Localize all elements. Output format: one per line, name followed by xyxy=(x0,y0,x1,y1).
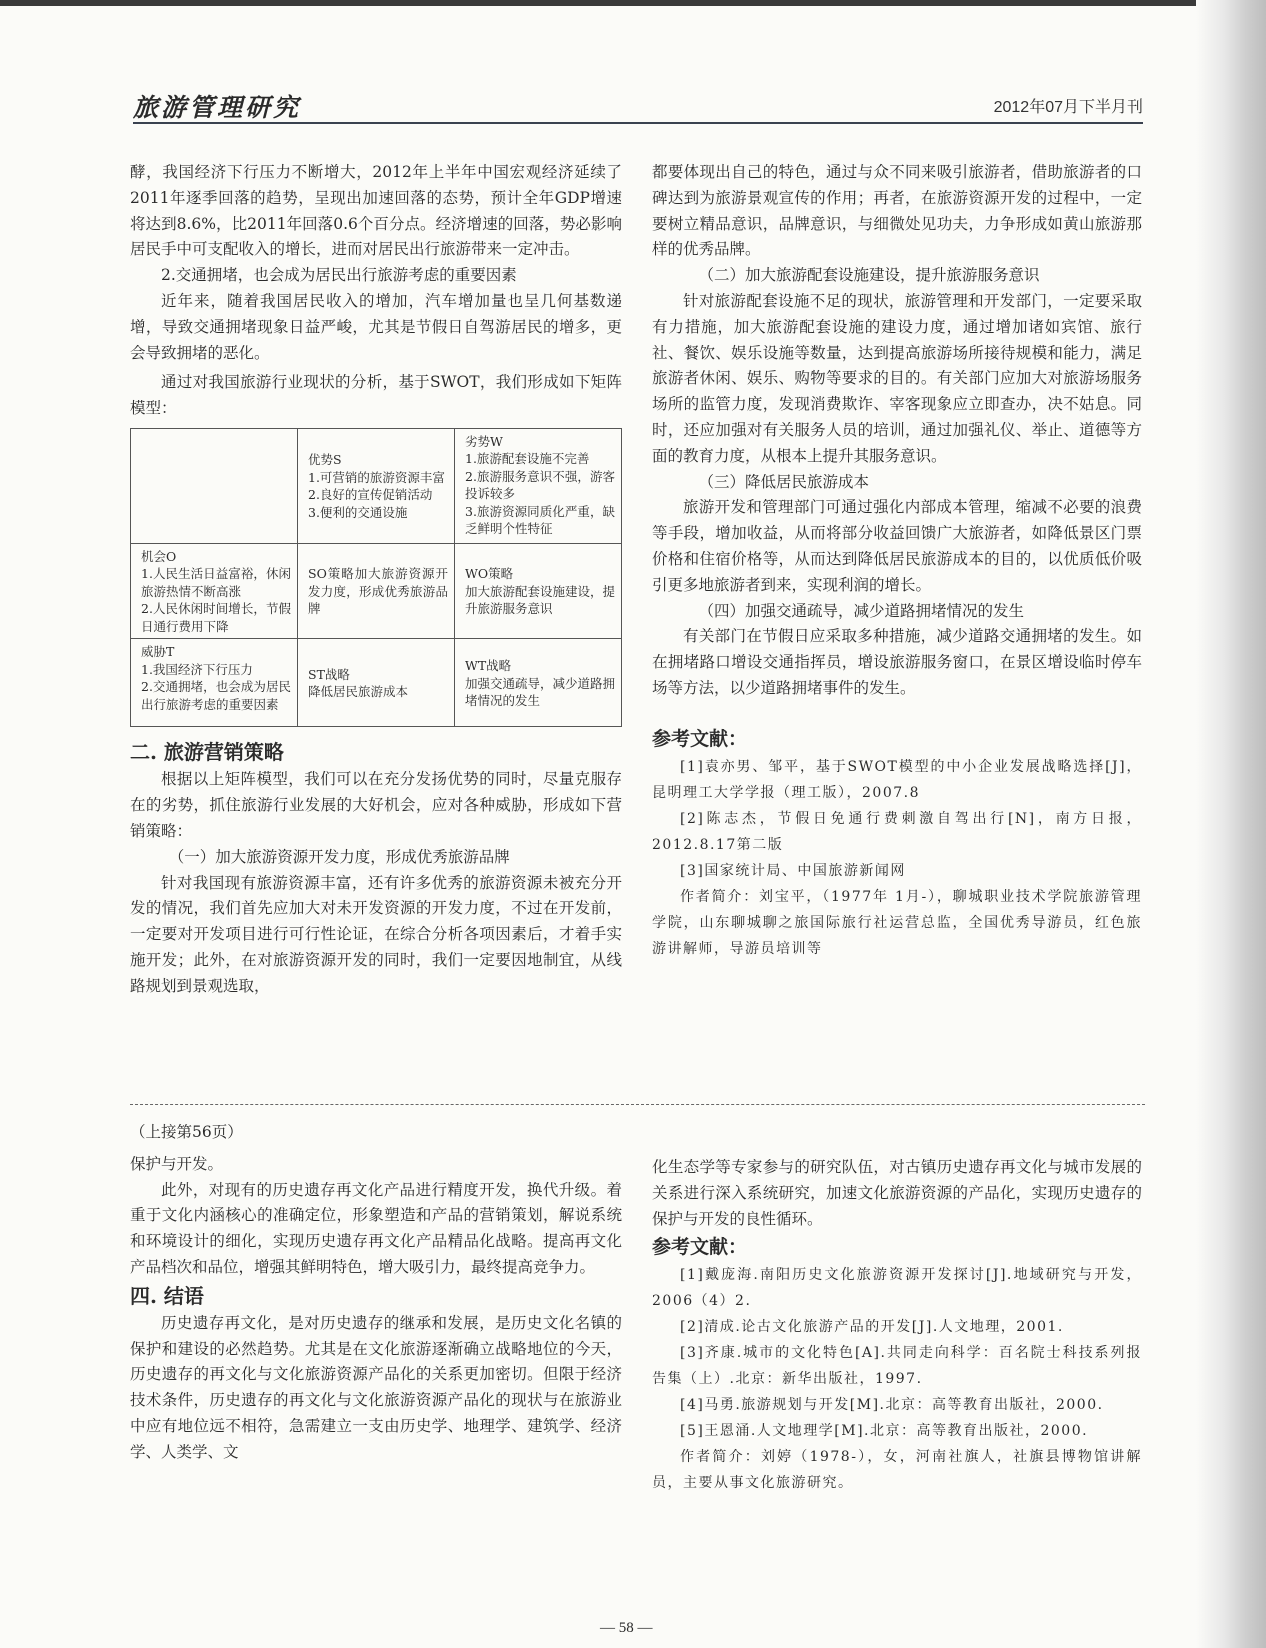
reference-item: [4]马勇.旅游规划与开发[M].北京：高等教育出版社，2000. xyxy=(652,1392,1142,1418)
author-bio: 作者简介：刘婷（1978-），女，河南社旗人，社旗县博物馆讲解员，主要从事文化旅… xyxy=(652,1444,1142,1496)
scan-top-edge xyxy=(0,0,1250,6)
author-bio: 作者简介：刘宝平，（1977年 1月-），聊城职业技术学院旅游管理学院，山东聊城… xyxy=(652,884,1142,962)
section-heading: 四. 结语 xyxy=(130,1281,622,1311)
running-header: 旅游管理研究 2012年07月下半月刊 xyxy=(133,88,1143,124)
paragraph: 历史遗存再文化，是对历史遗存的继承和发展，是历史文化名镇的保护和建设的必然趋势。… xyxy=(130,1311,622,1466)
page-number: — 58 — xyxy=(600,1620,653,1637)
section-divider xyxy=(130,1104,1145,1105)
subheading: 2.交通拥堵，也会成为居民出行旅游考虑的重要因素 xyxy=(130,263,622,289)
lower-left-column: （上接第56页） 保护与开发。 此外，对现有的历史遗存再文化产品进行精度开发，换… xyxy=(130,1120,622,1466)
paragraph: 有关部门在节假日应采取多种措施，减少道路交通拥堵的发生。如在拥堵路口增设交通指挥… xyxy=(652,624,1142,701)
subheading: （四）加强交通疏导，减少道路拥堵情况的发生 xyxy=(652,599,1142,625)
subheading: （一）加大旅游资源开发力度，形成优秀旅游品牌 xyxy=(130,845,622,871)
subheading: （二）加大旅游配套设施建设，提升旅游服务意识 xyxy=(652,263,1142,289)
table-cell-weaknesses: 劣势W 1.旅游配套设施不完善 2.旅游服务意识不强，游客投诉较多 3.旅游资源… xyxy=(455,428,622,543)
reference-item: [1]戴庞海.南阳历史文化旅游资源开发探讨[J].地域研究与开发，2006（4）… xyxy=(652,1262,1142,1314)
reference-item: [5]王恩涌.人文地理学[M].北京：高等教育出版社，2000. xyxy=(652,1418,1142,1444)
table-row: 优势S 1.可营销的旅游资源丰富 2.良好的宣传促销活动 3.便利的交通设施 劣… xyxy=(131,428,622,543)
section-heading: 二. 旅游营销策略 xyxy=(130,737,622,767)
table-cell-strengths: 优势S 1.可营销的旅游资源丰富 2.良好的宣传促销活动 3.便利的交通设施 xyxy=(298,428,455,543)
lower-right-column: 化生态学等专家参与的研究队伍，对古镇历史遗存再文化与城市发展的关系进行深入系统研… xyxy=(652,1155,1142,1496)
paragraph: 针对我国现有旅游资源丰富，还有许多优秀的旅游资源未被充分开发的情况，我们首先应加… xyxy=(130,871,622,1000)
upper-left-column: 酵，我国经济下行压力不断增大，2012年上半年中国宏观经济延续了2011年逐季回… xyxy=(130,160,622,1000)
references-heading: 参考文献： xyxy=(652,1232,1142,1262)
scan-binding-shadow xyxy=(1196,0,1266,1648)
table-row: 威胁T 1.我国经济下行压力 2.交通拥堵，也会成为居民出行旅游考虑的重要因素 … xyxy=(131,639,622,727)
paragraph: 通过对我国旅游行业现状的分析，基于SWOT，我们形成如下矩阵模型： xyxy=(130,370,622,422)
swot-matrix-table: 优势S 1.可营销的旅游资源丰富 2.良好的宣传促销活动 3.便利的交通设施 劣… xyxy=(130,428,622,728)
table-cell-empty xyxy=(131,428,298,543)
paragraph: 都要体现出自己的特色，通过与众不同来吸引旅游者，借助旅游者的口碑达到为旅游景观宣… xyxy=(652,160,1142,263)
reference-item: [2]陈志杰，节假日免通行费刺激自驾出行[N]，南方日报，2012.8.17第二… xyxy=(652,806,1142,858)
references-heading: 参考文献： xyxy=(652,724,1142,754)
paragraph: 化生态学等专家参与的研究队伍，对古镇历史遗存再文化与城市发展的关系进行深入系统研… xyxy=(652,1155,1142,1232)
table-cell-threats: 威胁T 1.我国经济下行压力 2.交通拥堵，也会成为居民出行旅游考虑的重要因素 xyxy=(131,639,298,727)
table-cell-opportunities: 机会O 1.人民生活日益富裕，休闲旅游热情不断高涨 2.人民休闲时间增长，节假日… xyxy=(131,543,298,639)
table-cell-so-strategy: SO策略加大旅游资源开发力度，形成优秀旅游品牌 xyxy=(298,543,455,639)
reference-item: [3]国家统计局、中国旅游新闻网 xyxy=(652,858,1142,884)
continued-from-label: （上接第56页） xyxy=(130,1120,622,1146)
paragraph: 此外，对现有的历史遗存再文化产品进行精度开发，换代升级。着重于文化内涵核心的准确… xyxy=(130,1178,622,1281)
journal-title: 旅游管理研究 xyxy=(133,88,301,124)
paragraph: 保护与开发。 xyxy=(130,1152,622,1178)
table-cell-st-strategy: ST战略 降低居民旅游成本 xyxy=(298,639,455,727)
table-cell-wt-strategy: WT战略 加强交通疏导，减少道路拥堵情况的发生 xyxy=(455,639,622,727)
issue-label: 2012年07月下半月刊 xyxy=(994,94,1143,117)
paragraph: 酵，我国经济下行压力不断增大，2012年上半年中国宏观经济延续了2011年逐季回… xyxy=(130,160,622,263)
reference-item: [2]清成.论古文化旅游产品的开发[J].人文地理，2001. xyxy=(652,1314,1142,1340)
paragraph: 针对旅游配套设施不足的现状，旅游管理和开发部门，一定要采取有力措施，加大旅游配套… xyxy=(652,289,1142,470)
paragraph: 近年来，随着我国居民收入的增加，汽车增加量也呈几何基数递增，导致交通拥堵现象日益… xyxy=(130,289,622,366)
table-cell-wo-strategy: WO策略 加大旅游配套设施建设，提升旅游服务意识 xyxy=(455,543,622,639)
paragraph: 旅游开发和管理部门可通过强化内部成本管理，缩减不必要的浪费等手段，增加收益，从而… xyxy=(652,495,1142,598)
table-row: 机会O 1.人民生活日益富裕，休闲旅游热情不断高涨 2.人民休闲时间增长，节假日… xyxy=(131,543,622,639)
reference-item: [1]袁亦男、邹平，基于SWOT模型的中小企业发展战略选择[J]，昆明理工大学学… xyxy=(652,754,1142,806)
reference-item: [3]齐康.城市的文化特色[A].共同走向科学：百名院士科技系列报告集（上）.北… xyxy=(652,1340,1142,1392)
upper-right-column: 都要体现出自己的特色，通过与众不同来吸引旅游者，借助旅游者的口碑达到为旅游景观宣… xyxy=(652,160,1142,962)
paragraph: 根据以上矩阵模型，我们可以在充分发扬优势的同时，尽量克服存在的劣势，抓住旅游行业… xyxy=(130,767,622,844)
subheading: （三）降低居民旅游成本 xyxy=(652,470,1142,496)
